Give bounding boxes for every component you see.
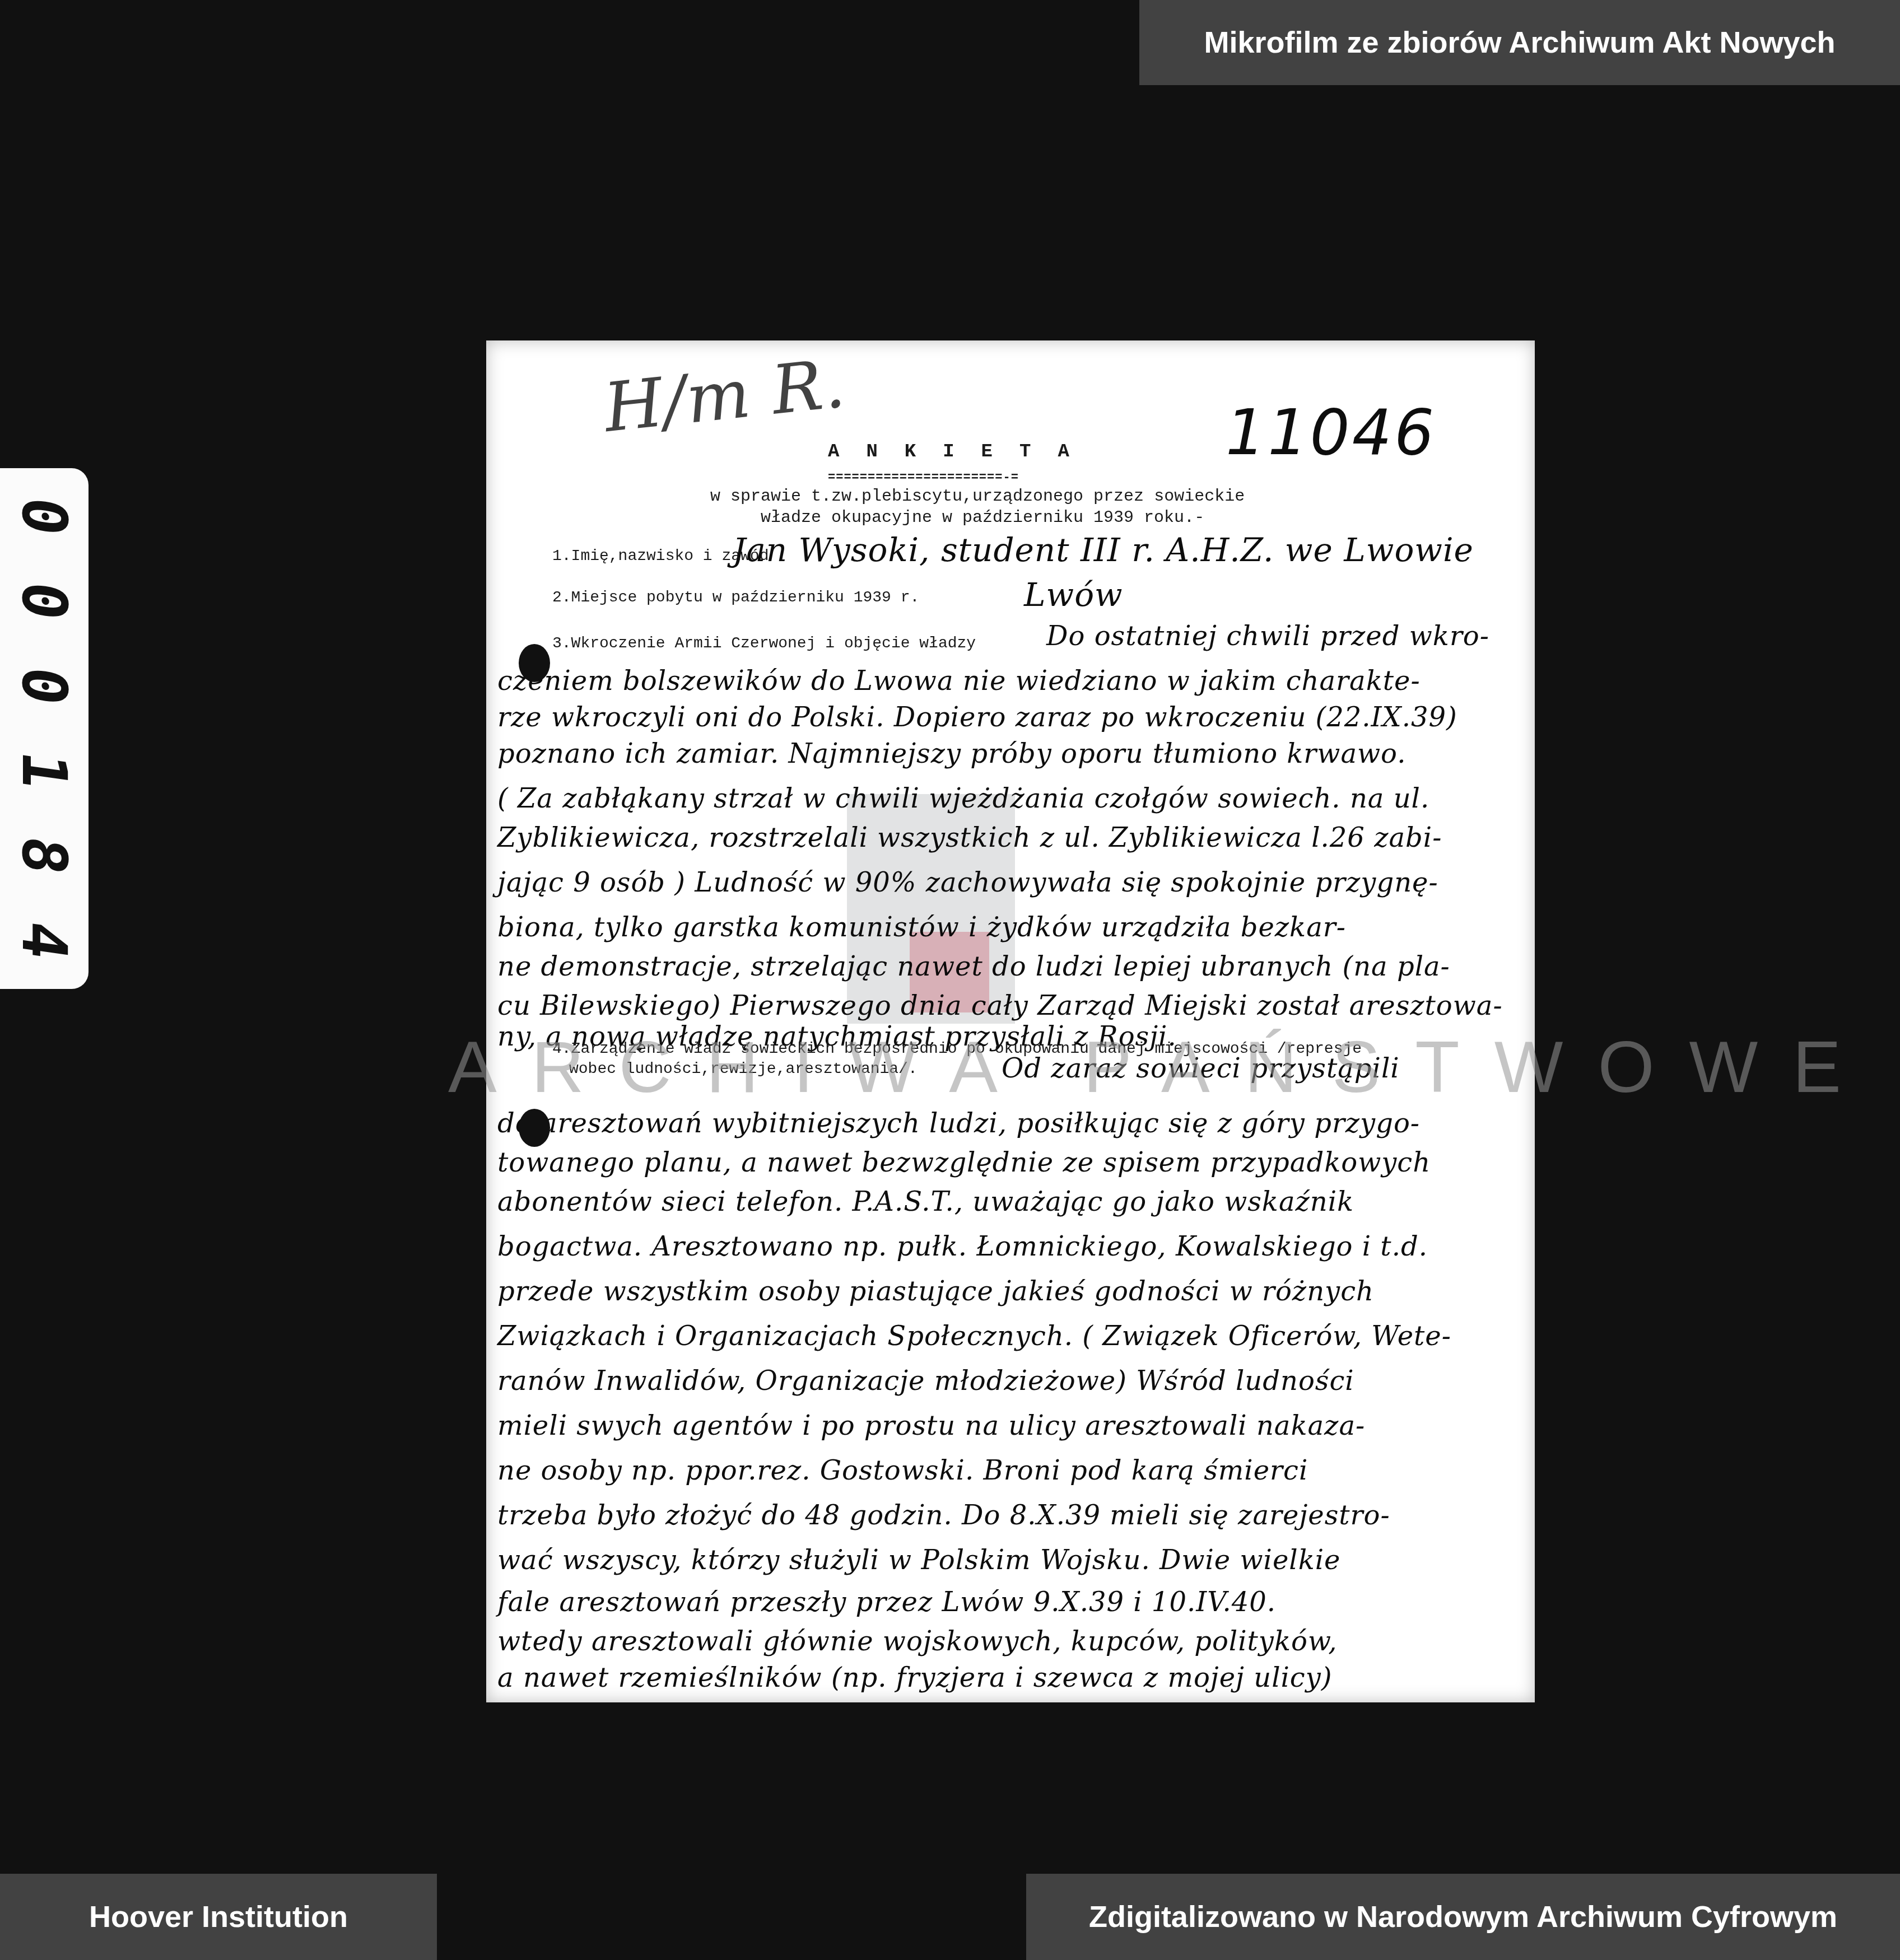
title-underline: ======================-= [828, 470, 1019, 484]
question-3-answer-line: poznano ich zamiar. Najmniejszy próby op… [497, 738, 1406, 769]
frame-counter-digit: 0 [13, 578, 75, 624]
question-4-answer-line: wtedy aresztowali głównie wojskowych, ku… [497, 1626, 1338, 1657]
question-4-answer-line: abonentów sieci telefon. P.A.S.T., uważa… [497, 1186, 1354, 1217]
frame-counter-digit: 0 [13, 493, 75, 539]
question-4-answer-line: przede wszystkim osoby piastujące jakieś… [497, 1276, 1374, 1307]
document-title: ANKIETA [828, 441, 1096, 463]
question-4-answer-line: wać wszyscy, którzy służyli w Polskim Wo… [497, 1544, 1341, 1576]
frame-counter-digit: 0 [13, 663, 75, 709]
corner-annotation: H/m R. [600, 345, 849, 447]
frame-counter-digit: 8 [13, 833, 75, 879]
digitization-label: Zdigitalizowano w Narodowym Archiwum Cyf… [1089, 1900, 1837, 1934]
watermark-text: ARCHIWA PAŃSTWOWE [448, 1025, 1876, 1109]
archive-number: 11046 [1226, 396, 1436, 469]
question-4-answer-line: mieli swych agentów i po prostu na ulicy… [497, 1410, 1365, 1441]
hoover-institution-banner: Hoover Institution [0, 1874, 437, 1960]
question-4-answer-line: ne osoby np. ppor.rez. Gostowski. Broni … [497, 1455, 1308, 1486]
archive-source-label: Mikrofilm ze zbiorów Archiwum Akt Nowych [1204, 25, 1835, 60]
question-4-answer-line: towanego planu, a nawet bezwzględnie ze … [497, 1147, 1431, 1178]
punch-hole [519, 644, 550, 682]
question-3-answer-line: czeniem bolszewików do Lwowa nie wiedzia… [497, 665, 1421, 697]
question-4-answer-line: a nawet rzemieślników (np. fryzjera i sz… [497, 1662, 1333, 1693]
frame-counter: 0 0 0 1 8 4 [0, 468, 89, 989]
document-subtitle-line-2: władze okupacyjne w październiku 1939 ro… [761, 508, 1204, 528]
question-4-answer-line: Związkach i Organizacjach Społecznych. (… [497, 1320, 1451, 1352]
hoover-institution-label: Hoover Institution [89, 1900, 348, 1934]
archive-source-banner: Mikrofilm ze zbiorów Archiwum Akt Nowych [1139, 0, 1900, 85]
digitization-banner: Zdigitalizowano w Narodowym Archiwum Cyf… [1026, 1874, 1900, 1960]
watermark-logo-white-block [910, 860, 989, 932]
question-4-answer-line: do aresztowań wybitniejszych ludzi, posi… [497, 1108, 1420, 1139]
question-4-answer-line: fale aresztowań przeszły przez Lwów 9.X.… [497, 1586, 1276, 1618]
question-3-label: 3.Wkroczenie Armii Czerwonej i objęcie w… [552, 635, 976, 652]
document-subtitle-line-1: w sprawie t.zw.plebiscytu,urządzonego pr… [710, 487, 1245, 506]
question-4-answer-line: trzeba było złożyć do 48 godzin. Do 8.X.… [497, 1500, 1390, 1531]
frame-counter-digit: 4 [13, 918, 75, 964]
watermark-logo-pink-block [910, 932, 989, 1012]
question-2-label: 2.Miejsce pobytu w październiku 1939 r. [552, 589, 919, 606]
question-3-answer-line: Do ostatniej chwili przed wkro- [1046, 620, 1489, 652]
question-1-answer: Jan Wysoki, student III r. A.H.Z. we Lwo… [733, 531, 1474, 569]
question-3-answer-line: rze wkroczyli oni do Polski. Dopiero zar… [497, 702, 1457, 733]
frame-counter-digit: 1 [13, 748, 75, 794]
question-2-answer: Lwów [1024, 576, 1123, 614]
question-4-answer-line: ranów Inwalidów, Organizacje młodzieżowe… [497, 1365, 1354, 1397]
question-4-answer-line: bogactwa. Aresztowano np. pułk. Łomnicki… [497, 1231, 1428, 1262]
punch-hole [519, 1109, 550, 1147]
